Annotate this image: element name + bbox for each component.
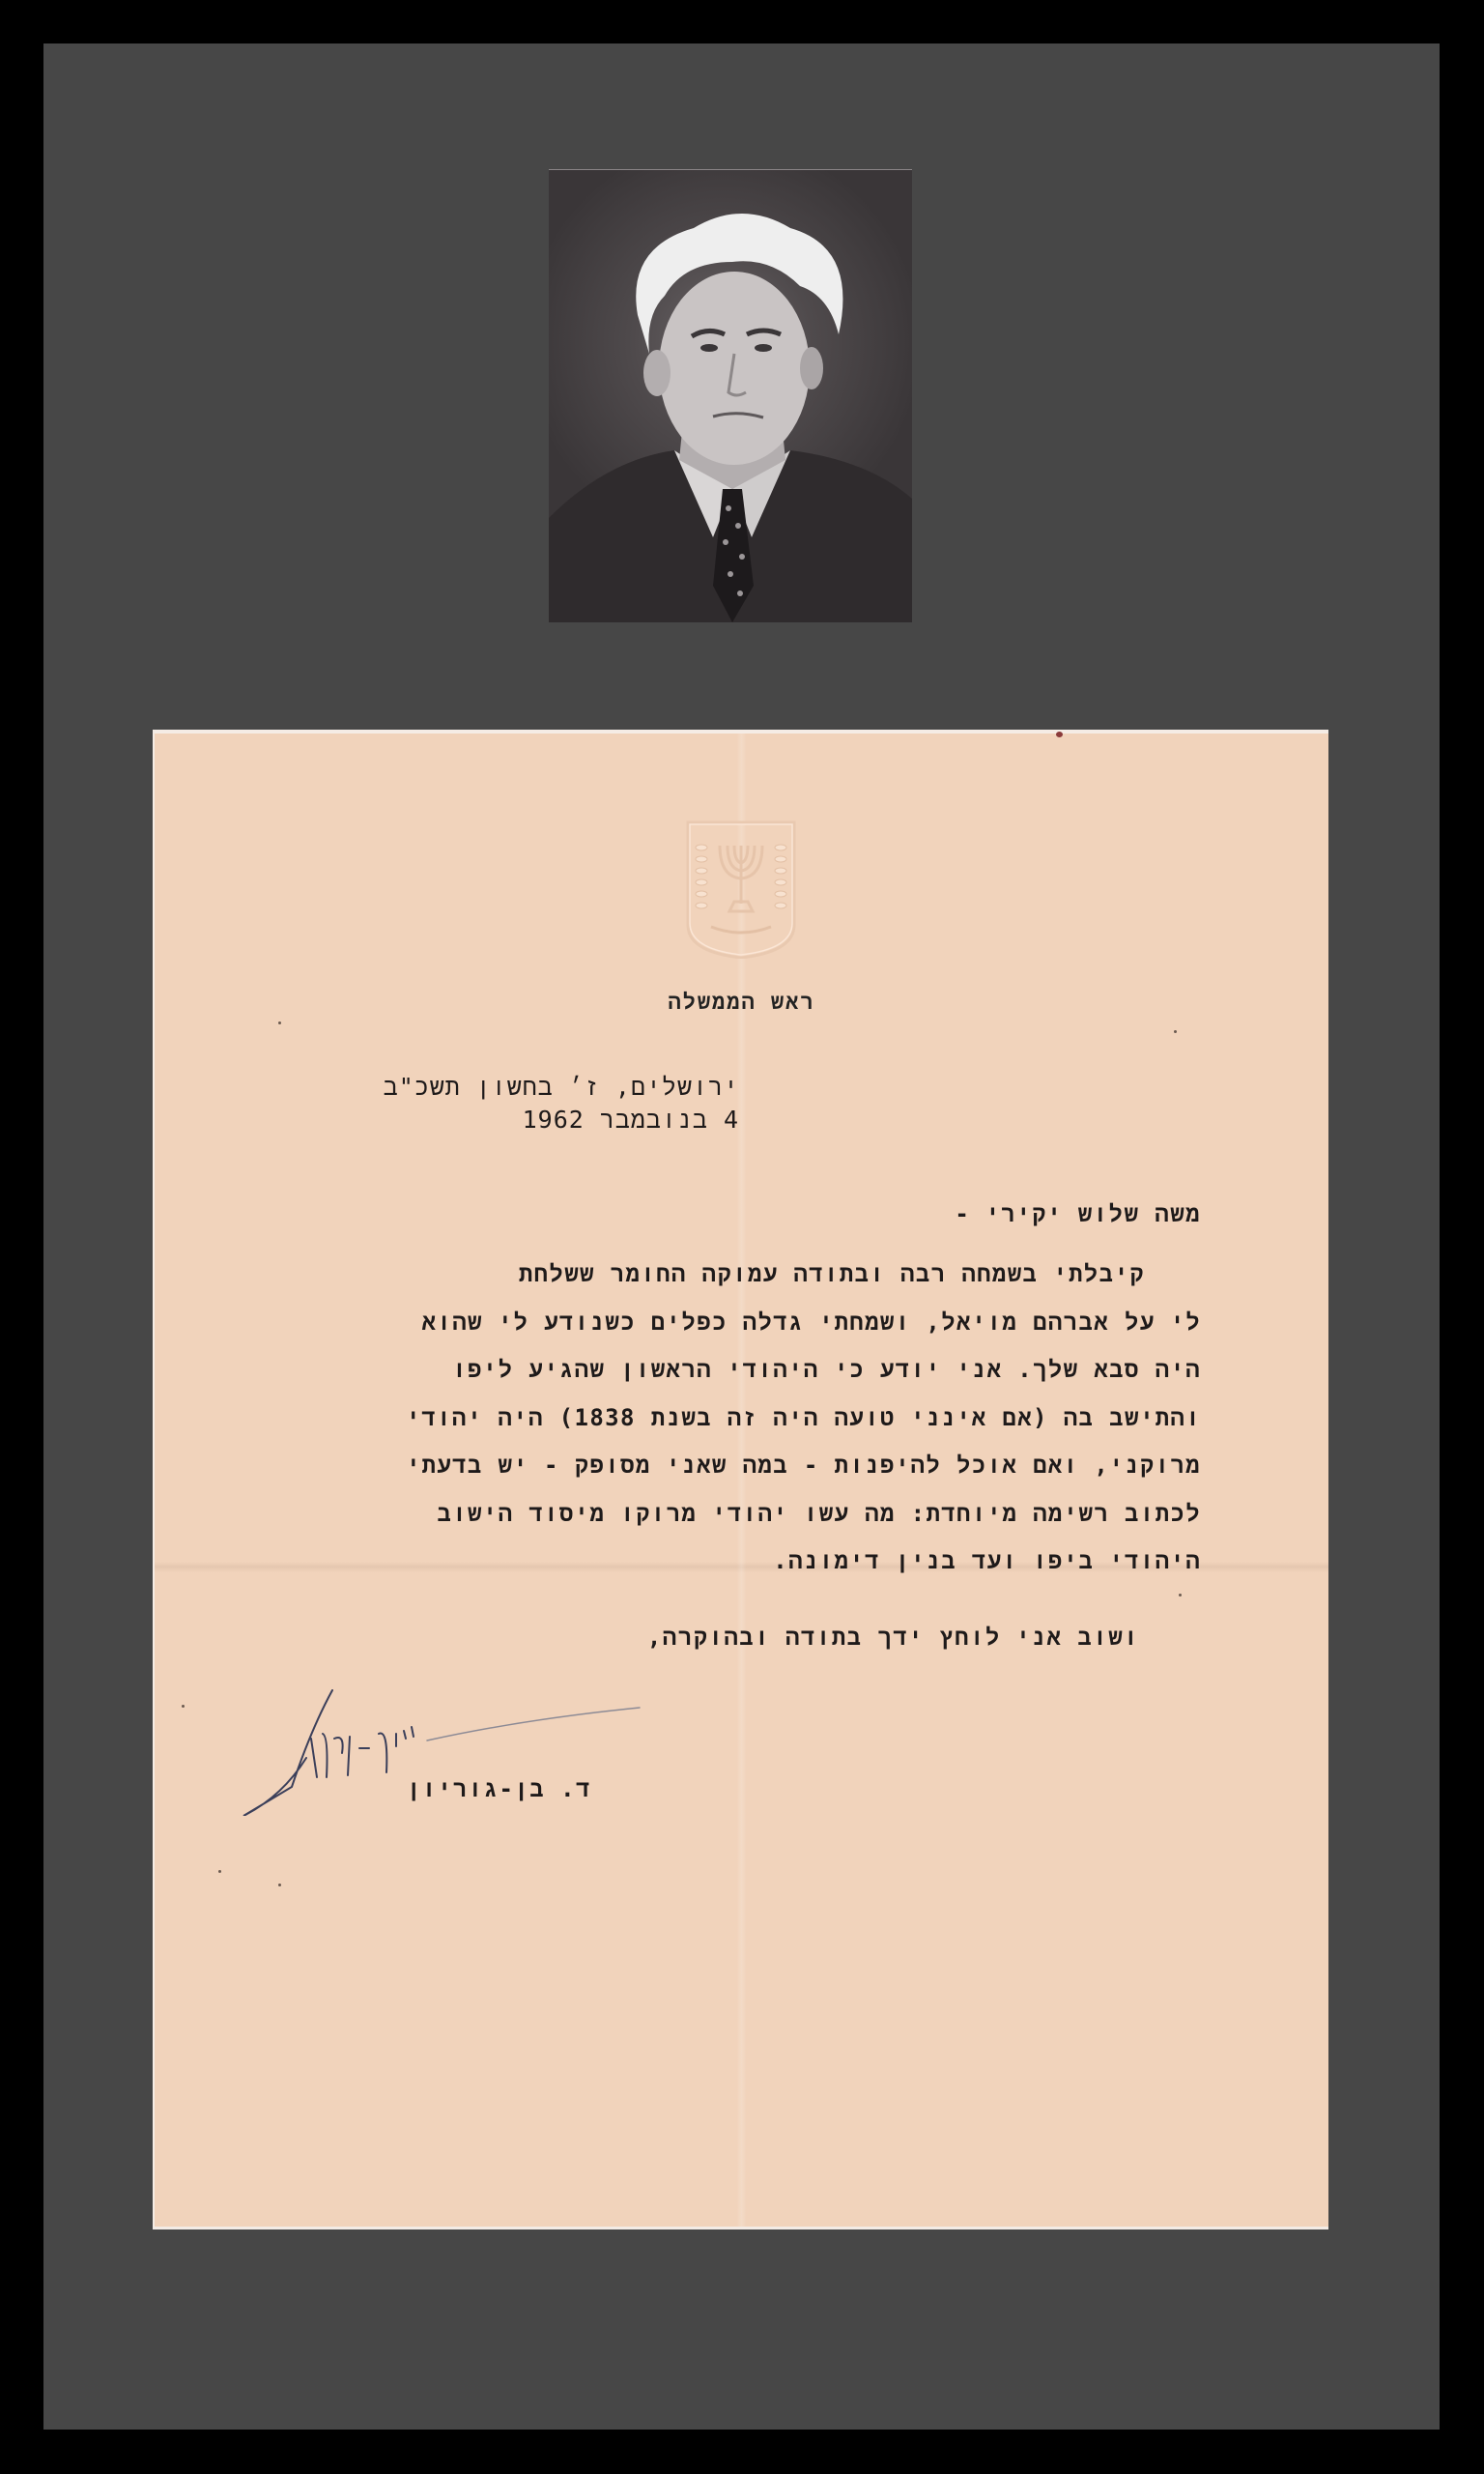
- salutation: משה שלוש יקירי -: [955, 1200, 1201, 1229]
- portrait-illustration: [549, 170, 912, 622]
- dateline: ירושלים, ז׳ בחשון תשכ"ב 4 בנובמבר 1962: [384, 1071, 739, 1136]
- letter-document: ראש הממשלה ירושלים, ז׳ בחשון תשכ"ב 4 בנו…: [153, 730, 1328, 2229]
- paper-speck: [218, 1870, 221, 1873]
- portrait-photo: [549, 169, 912, 622]
- paper-speck: [182, 1705, 185, 1708]
- paper-speck: [278, 1884, 281, 1886]
- body-line: קיבלתי בשמחה רבה ובתודה עמוקה החומר ששלח…: [273, 1251, 1201, 1299]
- body-line: היה סבא שלך. אני יודע כי היהודי הראשון ש…: [273, 1346, 1201, 1395]
- letterhead-title: ראש הממשלה: [155, 991, 1328, 1016]
- ink-spot: [1056, 732, 1063, 737]
- hebrew-date: ירושלים, ז׳ בחשון תשכ"ב: [384, 1071, 739, 1104]
- body-line: לי על אברהם מויאל, ושמחתי גדלה כפלים כשנ…: [273, 1299, 1201, 1347]
- paper-speck: [278, 1021, 281, 1024]
- paper-speck: [1174, 1030, 1177, 1033]
- embossed-emblem-icon: [684, 819, 798, 959]
- closing-line: ושוב אני לוחץ ידך בתודה ובהוקרה,: [647, 1624, 1139, 1653]
- paper-speck: [1179, 1594, 1182, 1597]
- body-line: מרוקני, ואם אוכל להיפנות - במה שאני מסופ…: [273, 1442, 1201, 1490]
- gregorian-date: 4 בנובמבר 1962: [384, 1104, 739, 1136]
- letter-body: קיבלתי בשמחה רבה ובתודה עמוקה החומר ששלח…: [273, 1251, 1201, 1586]
- body-line: והתישב בה (אם אינני טועה היה זה בשנת 183…: [273, 1395, 1201, 1443]
- typed-signer-name: ד. בן-גוריון: [407, 1775, 591, 1804]
- body-line: לכתוב רשימה מיוחדת: מה עשו יהודי מרוקו מ…: [273, 1490, 1201, 1539]
- body-line: היהודי ביפו ועד בנין דימונה.: [273, 1538, 1201, 1586]
